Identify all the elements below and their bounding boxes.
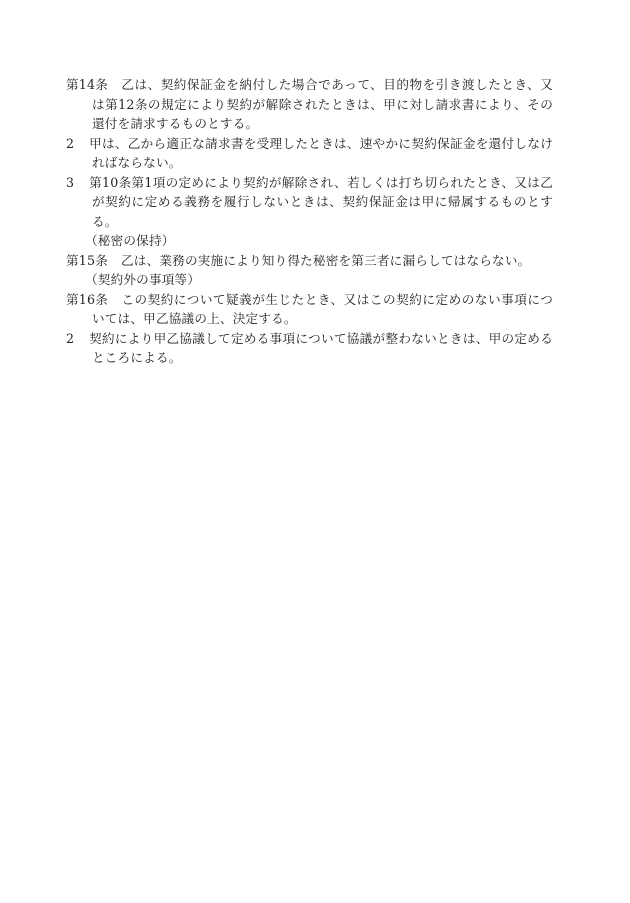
item-text: 第10条第1項の定めにより契約が解除され、若しくは打ち切られたとき、又は乙が契約… [89, 175, 553, 229]
article-label: 第15条 [79, 251, 108, 271]
document-page: 第14条乙は、契約保証金を納付した場合であって、目的物を引き渡したとき、又は第1… [79, 75, 553, 368]
article-14-item-3: 3第10条第1項の定めにより契約が解除され、若しくは打ち切られたとき、又は乙が契… [79, 173, 553, 232]
article-label: 第14条 [79, 75, 108, 95]
article-text: 乙は、契約保証金を納付した場合であって、目的物を引き渡したとき、又は第12条の規… [92, 77, 553, 131]
article-15: 第15条乙は、業務の実施により知り得た秘密を第三者に漏らしてはならない。 [79, 251, 553, 271]
article-label: 第16条 [79, 290, 108, 310]
article-text: この契約について疑義が生じたとき、又はこの契約に定めのない事項については、甲乙協… [92, 292, 553, 327]
article-14-item-2: 2甲は、乙から適正な請求書を受理したときは、速やかに契約保証金を還付しなければな… [79, 134, 553, 173]
article-14: 第14条乙は、契約保証金を納付した場合であって、目的物を引き渡したとき、又は第1… [79, 75, 553, 134]
article-16-item-2: 2契約により甲乙協議して定める事項について協議が整わないときは、甲の定めるところ… [79, 329, 553, 368]
section-heading-confidentiality: （秘密の保持） [79, 231, 553, 251]
section-heading-other-matters: （契約外の事項等） [79, 270, 553, 290]
item-text: 甲は、乙から適正な請求書を受理したときは、速やかに契約保証金を還付しなければなら… [89, 136, 553, 171]
article-16: 第16条この契約について疑義が生じたとき、又はこの契約に定めのない事項については… [79, 290, 553, 329]
article-text: 乙は、業務の実施により知り得た秘密を第三者に漏らしてはならない。 [121, 253, 530, 268]
item-text: 契約により甲乙協議して定める事項について協議が整わないときは、甲の定めるところに… [89, 331, 553, 366]
